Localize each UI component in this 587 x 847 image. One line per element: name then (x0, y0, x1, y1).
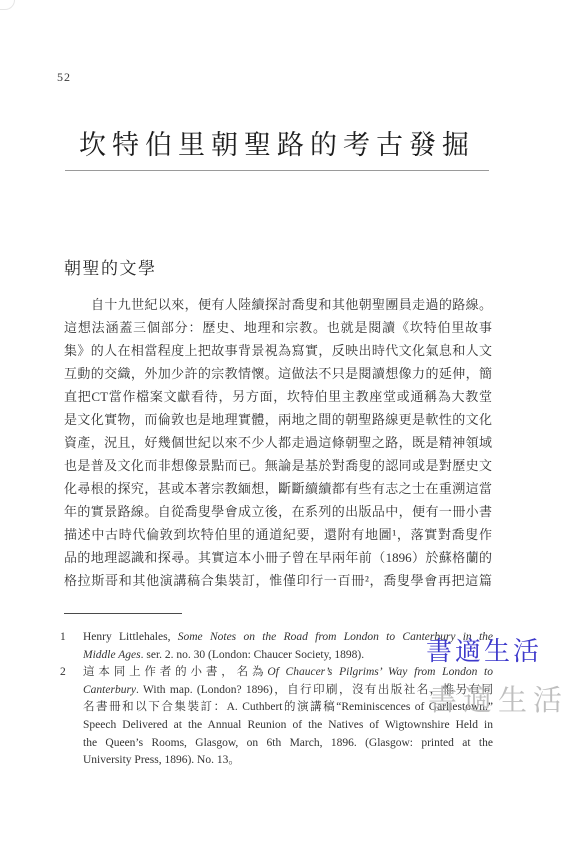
body-line: 化尋根的探究，甚或本著宗教緬想，斷斷續續都有些有志之士在重溯這當 (64, 477, 492, 500)
footnote-line: 名書冊和以下合集裝訂：A. Cuthbert的演講稿“Reminiscences… (83, 699, 493, 717)
body-line: 格拉斯哥和其他演講稿合集裝訂，惟僅印行一百冊²，喬叟學會再把這篇 (64, 569, 492, 592)
body-line: 這想法涵蓋三個部分：歷史、地理和宗教。也就是閱讀《坎特伯里故事 (64, 316, 492, 339)
footnotes: 1Henry Littlehales, Some Notes on the Ro… (60, 629, 496, 770)
footnote-line: Middle Ages. ser. 2. no. 30 (London: Cha… (83, 647, 493, 665)
footnote-line: Henry Littlehales, Some Notes on the Roa… (83, 629, 493, 647)
body-paragraph: 自十九世紀以來，便有人陸續探討喬叟和其他朝聖團員走過的路線。這想法涵蓋三個部分：… (64, 293, 492, 592)
title-rule (65, 170, 489, 171)
book-page: 52 坎特伯里朝聖路的考古發掘 朝聖的文學 自十九世紀以來，便有人陸續探討喬叟和… (0, 0, 587, 847)
footnote-separator (64, 613, 182, 614)
page-number: 52 (57, 70, 71, 85)
body-line: 品的地理認識和探尋。其實這本小冊子曾在早兩年前（1896）於蘇格蘭的 (64, 546, 492, 569)
body-line: 年的實景路線。自從喬叟學會成立後，在系列的出版品中，便有一冊小書 (64, 500, 492, 523)
body-line: 是文化實物，而倫敦也是地理實體，兩地之間的朝聖路線更是軟性的文化 (64, 408, 492, 431)
body-line: 自十九世紀以來，便有人陸續探討喬叟和其他朝聖團員走過的路線。 (64, 293, 492, 316)
footnote-line: the Queen’s Rooms, Glasgow, on 6th March… (83, 735, 493, 753)
body-line: 資產，況且，好幾個世紀以來不少人都走過這條朝聖之路，既是精神領域 (64, 431, 492, 454)
body-line: 互動的交織，外加少許的宗教情懷。這做法不只是閱讀想像力的延伸，簡 (64, 362, 492, 385)
body-line: 描述中古時代倫敦到坎特伯里的通道紀要，還附有地圖¹，落實對喬叟作 (64, 523, 492, 546)
footnote-number: 2 (60, 664, 83, 770)
footnote: 2這本同上作者的小書，名為Of Chaucer’s Pilgrims’ Way … (60, 664, 496, 770)
footnote-line: Speech Delivered at the Annual Reunion o… (83, 717, 493, 735)
footnote-line: Canterbury. With map. (London? 1896)，自行印… (83, 682, 493, 700)
section-heading: 朝聖的文學 (64, 254, 157, 279)
footnote-line: University Press, 1896). No. 13。 (83, 752, 493, 770)
footnote-number: 1 (60, 629, 83, 664)
scan-smudge (0, 0, 15, 10)
body-line: 集》的人在相當程度上把故事背景視為寫實，反映出時代文化氣息和人文 (64, 339, 492, 362)
body-line: 直把CT當作檔案文獻看待，另方面，坎特伯里主教座堂或通稱為大教堂 (64, 385, 492, 408)
chapter-title: 坎特伯里朝聖路的考古發掘 (65, 123, 489, 162)
footnote-line: 這本同上作者的小書，名為Of Chaucer’s Pilgrims’ Way f… (83, 664, 493, 682)
footnote: 1Henry Littlehales, Some Notes on the Ro… (60, 629, 496, 664)
body-line: 也是普及文化而非想像景點而已。無論是基於對喬叟的認同或是對歷史文 (64, 454, 492, 477)
